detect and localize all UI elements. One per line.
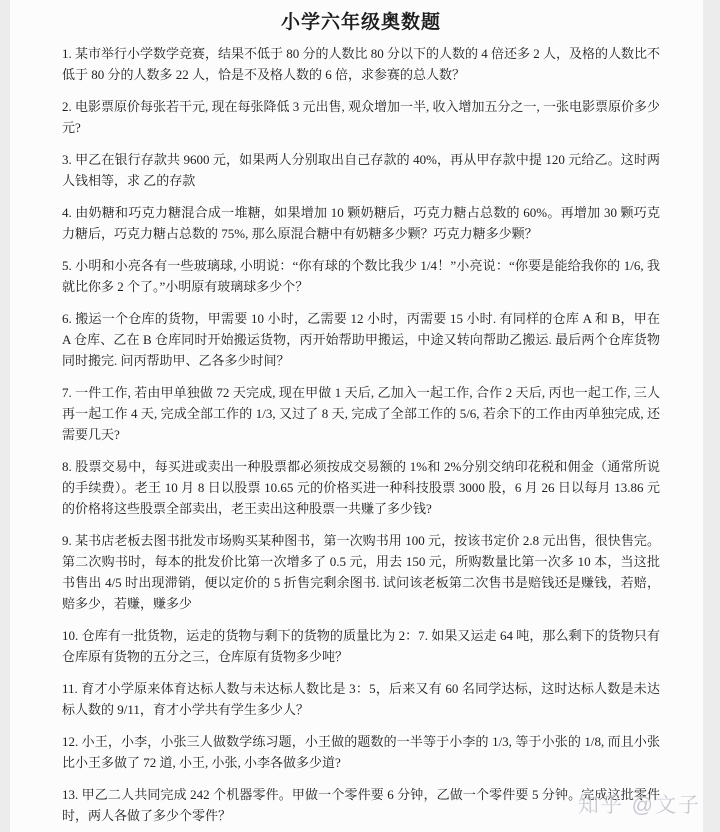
problem-13: 13. 甲乙二人共同完成 242 个机器零件。甲做一个零件要 6 分钟，乙做一个… bbox=[62, 784, 660, 826]
zhihu-watermark: 知乎 @文子 bbox=[578, 789, 701, 819]
problem-1: 1. 某市举行小学数学竞赛，结果不低于 80 分的人数比 80 分以下的人数的 … bbox=[62, 43, 660, 85]
page-title: 小学六年级奥数题 bbox=[62, 11, 660, 35]
problem-10: 10. 仓库有一批货物，运走的货物与剩下的货物的质量比为 2：7. 如果又运走 … bbox=[62, 625, 660, 667]
problem-5: 5. 小明和小亮各有一些玻璃球, 小明说：“你有球的个数比我少 1/4！”小亮说… bbox=[62, 255, 660, 297]
problem-9: 9. 某书店老板去图书批发市场购买某种图书，第一次购书用 100 元，按该书定价… bbox=[62, 530, 660, 614]
problem-7: 7. 一件工作, 若由甲单独做 72 天完成, 现在甲做 1 天后, 乙加入一起… bbox=[62, 382, 660, 445]
screenshot-canvas: 小学六年级奥数题 1. 某市举行小学数学竞赛，结果不低于 80 分的人数比 80… bbox=[0, 0, 720, 832]
problem-6: 6. 搬运一个仓库的货物，甲需要 10 小时，乙需要 12 小时，丙需要 15 … bbox=[62, 308, 660, 371]
problem-11: 11. 育才小学原来体育达标人数与未达标人数比是 3：5，后来又有 60 名同学… bbox=[62, 678, 660, 720]
problem-list: 1. 某市举行小学数学竞赛，结果不低于 80 分的人数比 80 分以下的人数的 … bbox=[62, 43, 660, 826]
worksheet-page: 小学六年级奥数题 1. 某市举行小学数学竞赛，结果不低于 80 分的人数比 80… bbox=[10, 0, 703, 832]
problem-3: 3. 甲乙在银行存款共 9600 元，如果两人分别取出自己存款的 40%，再从甲… bbox=[62, 149, 660, 191]
problem-12: 12. 小王，小李，小张三人做数学练习题，小王做的题数的一半等于小李的 1/3,… bbox=[62, 731, 660, 773]
problem-4: 4. 由奶糖和巧克力糖混合成一堆糖，如果增加 10 颗奶糖后，巧克力糖占总数的 … bbox=[62, 202, 660, 244]
problem-2: 2. 电影票原价每张若干元, 现在每张降低 3 元出售, 观众增加一半, 收入增… bbox=[62, 96, 660, 138]
worksheet-content: 小学六年级奥数题 1. 某市举行小学数学竞赛，结果不低于 80 分的人数比 80… bbox=[10, 0, 703, 826]
problem-8: 8. 股票交易中，每买进或卖出一种股票都必须按成交易额的 1%和 2%分别交纳印… bbox=[62, 456, 660, 519]
